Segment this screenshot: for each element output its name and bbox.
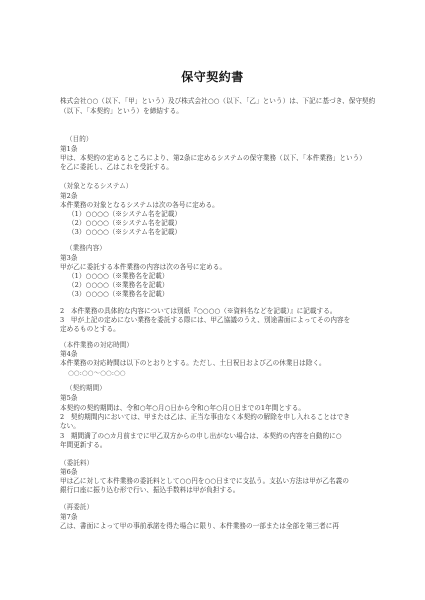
article-text: 本契約の契約期間は、令和○年○月○日から令和○年○月○日までの1年間とする。 xyxy=(60,404,305,413)
document-page: 保守契約書 株式会社○○（以下、「甲」という）及び株式会社○○（以下、「乙」とい… xyxy=(0,0,425,600)
article-paragraph: 3 甲が上記の定めにない業務を委託する際には、甲乙協議のうえ、別途書面によってそ… xyxy=(60,316,350,325)
article-paragraph: 定めるものとする。 xyxy=(60,325,120,334)
intro-line: （以下、「本契約」という）を締結する。 xyxy=(60,107,183,116)
article-heading: （委託料） xyxy=(60,459,93,468)
article-text: 銀行口座に振り込む形で行い、振込手数料は甲が負担する。 xyxy=(60,486,239,495)
article-number: 第6条 xyxy=(60,468,78,477)
article-text: 本件業務の対象となるシステムは次の各号に定める。 xyxy=(60,201,219,210)
article-heading: （目的） xyxy=(66,135,93,144)
article-text: 甲は乙に対して本件業務の委託料として○○円を○○日までに支払う。支払い方法は甲が… xyxy=(60,477,349,486)
article-text: を乙に委託し、乙はこれを受託する。 xyxy=(60,163,173,172)
intro-line: 株式会社○○（以下、「甲」という）及び株式会社○○（以下、「乙」という）は、下記… xyxy=(60,97,375,106)
article-text: 甲は、本契約の定めるところにより、第2条に定めるシステムの保守業務（以下、「本件… xyxy=(60,154,366,163)
article-number: 第5条 xyxy=(60,394,78,403)
article-heading: （本件業務の対応時間） xyxy=(60,341,133,350)
article-text: 2 契約期間内においては、甲または乙は、正当な事由なく本契約の解除を申し入れるこ… xyxy=(60,413,350,422)
hours-range: ○○:○○～○○:○○ xyxy=(68,369,126,378)
article-text: 本件業務の対応時間は以下のとおりとする。ただし、土日祝日および乙の休業日は除く。 xyxy=(60,359,326,368)
article-text: 年間更新する。 xyxy=(60,441,107,450)
article-heading: （契約期間） xyxy=(66,384,106,393)
article-heading: （再委託） xyxy=(60,503,93,512)
list-item: （3）○○○○（※業務名を記載） xyxy=(68,290,169,299)
article-number: 第1条 xyxy=(60,145,78,154)
list-item: （3）○○○○（※システム名を記載） xyxy=(68,228,181,237)
article-text: 3 期間満了の○カ月前までに甲乙双方からの申し出がない場合は、本契約の内容を自動… xyxy=(60,432,342,441)
article-text: 乙は、書面によって甲の事前承諾を得た場合に限り、本件業務の一部または全部を第三者… xyxy=(60,522,339,531)
article-text: ない。 xyxy=(60,422,80,431)
article-number: 第7条 xyxy=(60,513,78,522)
article-heading: （対象となるシステム） xyxy=(60,182,132,191)
article-number: 第3条 xyxy=(60,254,78,263)
article-paragraph: 2 本件業務の具体的な内容については別紙『○○○○（※資料名などを記載）』に記載… xyxy=(60,307,337,316)
article-heading: （業務内容） xyxy=(66,244,106,253)
list-item: （2）○○○○（※業務名を記載） xyxy=(68,281,169,290)
list-item: （1）○○○○（※システム名を記載） xyxy=(68,210,181,219)
document-title: 保守契約書 xyxy=(0,68,425,85)
article-number: 第4条 xyxy=(60,350,78,359)
article-number: 第2条 xyxy=(60,192,78,201)
article-text: 甲が乙に委託する本件業務の内容は次の各号に定める。 xyxy=(60,263,226,272)
list-item: （1）○○○○（※業務名を記載） xyxy=(68,272,169,281)
list-item: （2）○○○○（※システム名を記載） xyxy=(68,219,181,228)
